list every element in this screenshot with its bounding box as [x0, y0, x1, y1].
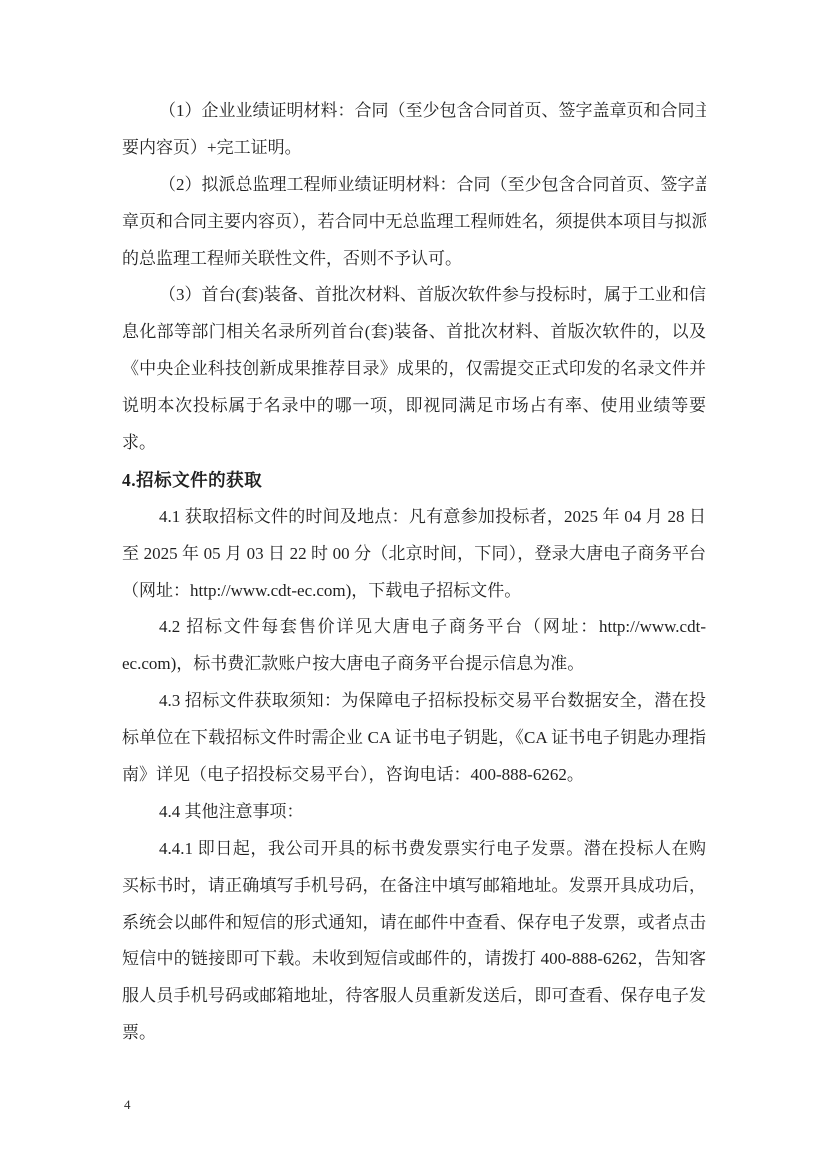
item-3-line-1: （3）首台(套)装备、首批次材料、首版次软件参与投标时，属于工业和信 [122, 277, 706, 314]
clause-4-4-line-1: 4.4 其他注意事项： [122, 794, 706, 831]
document-body: （1）企业业绩证明材料：合同（至少包含合同首页、签字盖章页和合同主要内容页）+完… [122, 93, 706, 1052]
clause-4-3-line-2: 标单位在下载招标文件时需企业 CA 证书电子钥匙，《CA 证书电子钥匙办理指 [122, 720, 706, 757]
clause-4-4-1-line-5: 服人员手机号码或邮箱地址，待客服人员重新发送后，即可查看、保存电子发 [122, 978, 706, 1015]
item-2-line-2: 章页和合同主要内容页），若合同中无总监理工程师姓名，须提供本项目与拟派 [122, 204, 706, 241]
clause-4-2: 4.2 招标文件每套售价详见大唐电子商务平台（网址：http://www.cdt… [122, 609, 706, 683]
section-4-heading-line-1: 4.招标文件的获取 [122, 462, 706, 499]
section-4-heading: 4.招标文件的获取 [122, 462, 706, 499]
item-1-line-2: 要内容页）+完工证明。 [122, 130, 706, 167]
item-3-line-4: 说明本次投标属于名录中的哪一项，即视同满足市场占有率、使用业绩等要 [122, 388, 706, 425]
clause-4-3-line-3: 南》详见（电子招投标交易平台），咨询电话：400-888-6262。 [122, 757, 706, 794]
clause-4-4-1-line-3: 系统会以邮件和短信的形式通知，请在邮件中查看、保存电子发票，或者点击 [122, 905, 706, 942]
clause-4-4-1-line-4: 短信中的链接即可下载。未收到短信或邮件的，请拨打 400-888-6262，告知… [122, 941, 706, 978]
item-3-line-3: 《中央企业科技创新成果推荐目录》成果的，仅需提交正式印发的名录文件并 [122, 351, 706, 388]
clause-4-1-line-1: 4.1 获取招标文件的时间及地点：凡有意参加投标者，2025 年 04 月 28… [122, 499, 706, 536]
document-page: （1）企业业绩证明材料：合同（至少包含合同首页、签字盖章页和合同主要内容页）+完… [0, 0, 827, 1169]
item-1: （1）企业业绩证明材料：合同（至少包含合同首页、签字盖章页和合同主要内容页）+完… [122, 93, 706, 167]
clause-4-4-1: 4.4.1 即日起，我公司开具的标书费发票实行电子发票。潜在投标人在购买标书时，… [122, 831, 706, 1052]
item-3-line-5: 求。 [122, 425, 706, 462]
clause-4-2-line-1: 4.2 招标文件每套售价详见大唐电子商务平台（网址：http://www.cdt… [122, 609, 706, 646]
clause-4-4: 4.4 其他注意事项： [122, 794, 706, 831]
clause-4-1-line-2: 至 2025 年 05 月 03 日 22 时 00 分（北京时间，下同），登录… [122, 536, 706, 573]
clause-4-1: 4.1 获取招标文件的时间及地点：凡有意参加投标者，2025 年 04 月 28… [122, 499, 706, 610]
item-3: （3）首台(套)装备、首批次材料、首版次软件参与投标时，属于工业和信息化部等部门… [122, 277, 706, 461]
item-2-line-3: 的总监理工程师关联性文件，否则不予认可。 [122, 241, 706, 278]
page-number: 4 [124, 1097, 131, 1113]
clause-4-3: 4.3 招标文件获取须知：为保障电子招标投标交易平台数据安全，潜在投标单位在下载… [122, 683, 706, 794]
clause-4-4-1-line-1: 4.4.1 即日起，我公司开具的标书费发票实行电子发票。潜在投标人在购 [122, 831, 706, 868]
item-1-line-1: （1）企业业绩证明材料：合同（至少包含合同首页、签字盖章页和合同主 [122, 93, 706, 130]
item-3-line-2: 息化部等部门相关名录所列首台(套)装备、首批次材料、首版次软件的，以及 [122, 314, 706, 351]
item-2-line-1: （2）拟派总监理工程师业绩证明材料：合同（至少包含合同首页、签字盖 [122, 167, 706, 204]
clause-4-3-line-1: 4.3 招标文件获取须知：为保障电子招标投标交易平台数据安全，潜在投 [122, 683, 706, 720]
clause-4-4-1-line-2: 买标书时，请正确填写手机号码，在备注中填写邮箱地址。发票开具成功后， [122, 868, 706, 905]
clause-4-4-1-line-6: 票。 [122, 1015, 706, 1052]
item-2: （2）拟派总监理工程师业绩证明材料：合同（至少包含合同首页、签字盖章页和合同主要… [122, 167, 706, 278]
clause-4-2-line-2: ec.com)，标书费汇款账户按大唐电子商务平台提示信息为准。 [122, 646, 706, 683]
clause-4-1-line-3: （网址：http://www.cdt-ec.com)，下载电子招标文件。 [122, 573, 706, 610]
